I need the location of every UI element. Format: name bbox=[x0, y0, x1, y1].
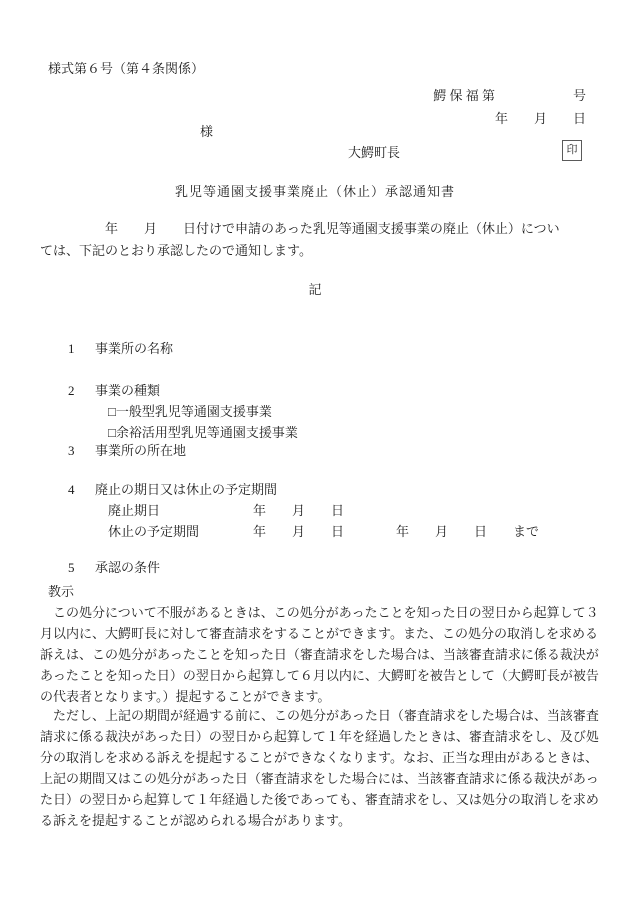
intro-paragraph-line-1: 年 月 日付けで申請のあった乳児等通園支援事業の廃止（休止）につい bbox=[40, 221, 560, 238]
record-marker: 記 bbox=[0, 282, 630, 299]
kyoji-paragraph-1-line: この処分について不服があるときは、この処分があったことを知った日の翌日から起算し… bbox=[40, 602, 600, 623]
reference-number-line: 鰐 保 福 第 号 bbox=[433, 88, 586, 105]
issue-date-line: 年 月 日 bbox=[495, 111, 586, 128]
item-number: 5 bbox=[68, 560, 95, 577]
form-number: 様式第６号（第４条関係） bbox=[48, 61, 204, 78]
suspension-period-row: 休止の予定期間年 月 日 年 月 日 まで bbox=[95, 507, 539, 558]
document-title: 乳児等通園支援事業廃止（休止）承認通知書 bbox=[0, 184, 630, 201]
kyoji-paragraph-2-line: 請求に係る裁決があった日）の翌日から起算して１年を経過したときは、審査請求をし、… bbox=[40, 726, 600, 747]
item-label: 事業所の名称 bbox=[95, 341, 173, 356]
kyoji-paragraph-2: ただし、上記の期間が経過する前に、この処分があった日（審査請求をした場合は、当該… bbox=[40, 705, 600, 831]
row-label: 休止の予定期間 bbox=[108, 524, 253, 541]
document-page: 様式第６号（第４条関係） 鰐 保 福 第 号 年 月 日 様 大鰐町長 印 乳児… bbox=[0, 0, 630, 903]
kyoji-paragraph-1-line: の代表者となります。）提起することができます。 bbox=[40, 686, 600, 707]
date-blank-fields: 年 月 日 年 月 日 まで bbox=[253, 524, 539, 539]
addressee-honorific: 様 bbox=[200, 124, 213, 141]
kyoji-paragraph-1-line: 月以内に、大鰐町長に対して審査請求をすることができます。また、この処分の取消しを… bbox=[40, 623, 600, 644]
item-number: 1 bbox=[68, 341, 95, 358]
kyoji-paragraph-2-line: ただし、上記の期間が経過する前に、この処分があった日（審査請求をした場合は、当該… bbox=[40, 705, 600, 726]
item-number: 4 bbox=[68, 482, 95, 499]
intro-paragraph-line-2: ては、下記のとおり承認したので通知します。 bbox=[40, 243, 312, 260]
kyoji-paragraph-2-line: 分の取消しを求める訴えを提起することができなくなります。なお、正当な理由があると… bbox=[40, 747, 600, 768]
item-label: 承認の条件 bbox=[95, 560, 160, 575]
kyoji-paragraph-1-line: 訴えは、この処分があったことを知った日（審査請求をした場合は、当該審査請求に係る… bbox=[40, 644, 600, 665]
seal-stamp-icon: 印 bbox=[567, 144, 578, 156]
item-number: 3 bbox=[68, 443, 95, 460]
kyoji-heading: 教示 bbox=[48, 584, 74, 601]
kyoji-paragraph-2-line: る訴えを提起することが認められる場合があります。 bbox=[40, 810, 600, 831]
issuer-name: 大鰐町長 bbox=[348, 145, 400, 162]
kyoji-paragraph-2-line: た日）の翌日から起算して１年経過した後であっても、審査請求をし、又は処分の取消し… bbox=[40, 789, 600, 810]
kyoji-paragraph-2-line: 上記の期間又はこの処分があった日（審査請求をした場合には、当該審査請求に係る裁決… bbox=[40, 768, 600, 789]
kyoji-paragraph-1: この処分について不服があるときは、この処分があったことを知った日の翌日から起算し… bbox=[40, 602, 600, 707]
kyoji-paragraph-1-line: あったことを知った日）の翌日から起算して６月以内に、大鰐町を被告として（大鰐町長… bbox=[40, 665, 600, 686]
item-number: 2 bbox=[68, 383, 95, 400]
seal-stamp-box: 印 bbox=[562, 140, 582, 161]
item-label: 事業所の所在地 bbox=[95, 443, 186, 458]
